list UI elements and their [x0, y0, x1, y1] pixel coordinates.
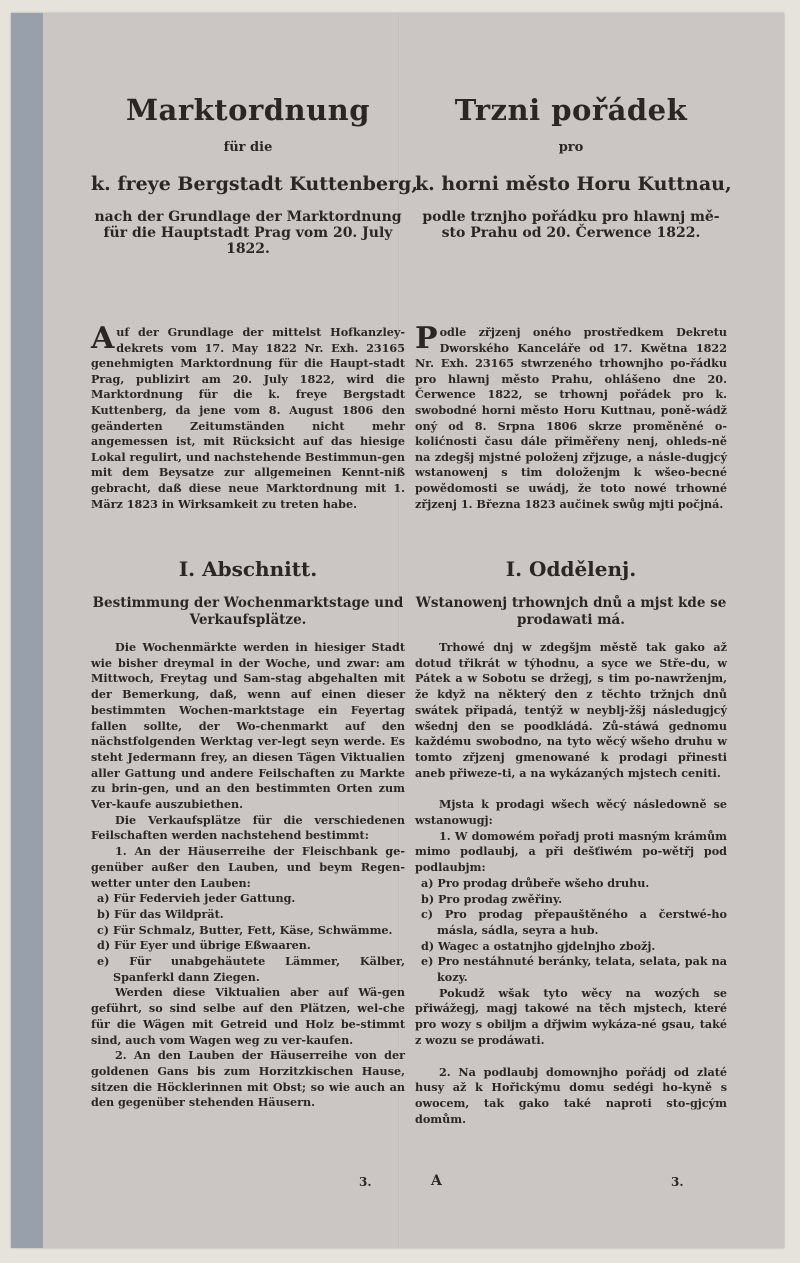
- czech-item-b: b) Pro prodag zwěřiny.: [415, 892, 727, 908]
- german-para-2: Die Verkaufsplätze für die verschiedenen…: [91, 813, 405, 844]
- czech-section-title: I. Oddělenj.: [415, 557, 727, 581]
- czech-basis: podle trznjho pořádku pro hlawnj mě-sto …: [415, 209, 727, 241]
- german-title: Marktordnung: [91, 93, 405, 127]
- german-item-a: a) Für Federvieh jeder Gattung.: [91, 891, 405, 907]
- german-page-number: 3.: [359, 1175, 372, 1189]
- czech-point-1: 1. W domowém pořadj proti masným krámům …: [415, 829, 727, 876]
- czech-signature-mark: A: [431, 1173, 442, 1189]
- binding-spine: [11, 13, 43, 1248]
- german-for-line: für die: [91, 140, 405, 155]
- czech-para-2: Mjsta k prodagi wšech wěcý následowně se…: [415, 797, 727, 828]
- czech-para-1: Trhowé dnj w zdegšjm městě tak gako až d…: [415, 640, 727, 781]
- german-place: k. freye Bergstadt Kuttenberg,: [91, 173, 405, 195]
- czech-title: Trzni pořádek: [415, 93, 727, 127]
- german-item-c: c) Für Schmalz, Butter, Fett, Käse, Schw…: [91, 923, 405, 939]
- german-basis: nach der Grundlage der Marktordnung für …: [91, 209, 405, 257]
- czech-for-line: pro: [415, 140, 727, 155]
- german-para-3: Werden diese Viktualien aber auf Wä-gen …: [91, 985, 405, 1048]
- german-item-e: e) Für unabgehäutete Lämmer, Kälber, Spa…: [91, 954, 405, 985]
- czech-intro: Podle zřjzenj oného prostředkem Dekretu …: [415, 325, 727, 512]
- german-intro: Auf der Grundlage der mittelst Hofkanzle…: [91, 325, 405, 512]
- german-point-2: 2. An den Lauben der Häuserreihe von der…: [91, 1048, 405, 1111]
- czech-item-a: a) Pro prodag drůbeře wšeho druhu.: [415, 876, 727, 892]
- czech-item-c: c) Pro prodag přepauštěného a čerstwé-ho…: [415, 907, 727, 938]
- german-item-b: b) Für das Wildprät.: [91, 907, 405, 923]
- german-dropcap: A: [91, 326, 114, 352]
- czech-dropcap: P: [415, 326, 438, 352]
- german-para-1: Die Wochenmärkte werden in hiesiger Stad…: [91, 640, 405, 813]
- german-point-1: 1. An der Häuserreihe der Fleischbank ge…: [91, 844, 405, 891]
- german-section-title: I. Abschnitt.: [91, 557, 405, 581]
- czech-place: k. horni město Horu Kuttnau,: [415, 173, 727, 195]
- czech-page-number: 3.: [671, 1175, 684, 1189]
- czech-para-3: Pokudž wšak tyto wěcy na wozých se přiwá…: [415, 986, 727, 1049]
- german-body: Die Wochenmärkte werden in hiesiger Stad…: [91, 640, 405, 1111]
- czech-intro-text: odle zřjzenj oného prostředkem Dekretu D…: [415, 325, 727, 511]
- czech-section-subtitle: Wstanowenj trhownjch dnů a mjst kde se p…: [415, 595, 727, 629]
- german-item-d: d) Für Eyer und übrige Eßwaaren.: [91, 938, 405, 954]
- document-sheet: Marktordnung für die k. freye Bergstadt …: [11, 13, 784, 1248]
- czech-point-2: 2. Na podlaubj domownjho pořádj od zlaté…: [415, 1065, 727, 1128]
- german-intro-text: uf der Grundlage der mittelst Hofkanzley…: [91, 325, 405, 511]
- czech-item-d: d) Wagec a ostatnjho gjdelnjho zbožj.: [415, 939, 727, 955]
- german-section-subtitle: Bestimmung der Wochenmarktstage und Verk…: [91, 595, 405, 629]
- czech-body: Trhowé dnj w zdegšjm městě tak gako až d…: [415, 640, 727, 1127]
- czech-item-e: e) Pro nestáhnuté beránky, telata, selat…: [415, 954, 727, 985]
